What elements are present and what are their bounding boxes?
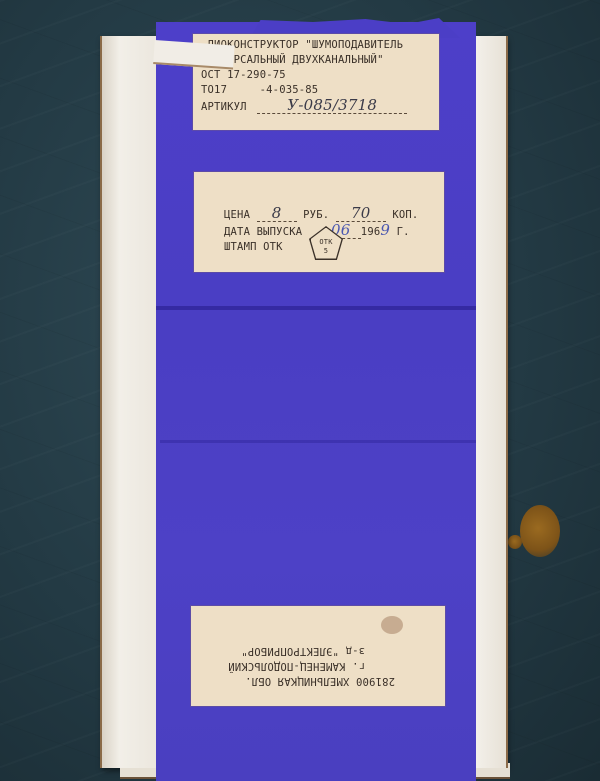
address-line2: г. КАМЕНЕЦ-ПОДОЛЬСКИЙ xyxy=(191,658,395,673)
box-right-side xyxy=(476,36,508,768)
standard-ost: ОСТ 17-290-75 xyxy=(201,68,431,83)
manufacturer-label: 281900 ХМЕЛЬНИЦКАЯ ОБЛ. г. КАМЕНЕЦ-ПОДОЛ… xyxy=(191,606,445,706)
price-label: ЦЕНА 8 РУБ. 70 КОП. ДАТА ВЫПУСКА 061969 … xyxy=(194,172,444,272)
kop-caption: КОП. xyxy=(392,209,418,221)
address-line3: з-д "ЭЛЕКТРОПРИБОР" xyxy=(191,643,395,658)
release-date-caption: ДАТА ВЫПУСКА xyxy=(224,226,302,238)
release-year-prefix: 196 xyxy=(361,226,381,238)
price-kop: 70 xyxy=(336,206,386,222)
article-label: АРТИКУЛ xyxy=(201,101,247,113)
price-rub: 8 xyxy=(257,206,297,222)
stamp-text: ОТК xyxy=(311,238,342,247)
article-row: АРТИКУЛ У-085/3718 xyxy=(201,98,431,115)
to-value: -4-035-85 xyxy=(260,84,319,96)
manufacturer-address: 281900 ХМЕЛЬНИЦКАЯ ОБЛ. г. КАМЕНЕЦ-ПОДОЛ… xyxy=(191,606,445,706)
price-row: ЦЕНА 8 РУБ. 70 КОП. xyxy=(224,206,434,223)
year-caption: Г. xyxy=(397,226,410,238)
to-prefix: ТО17 xyxy=(201,84,227,96)
qc-stamp-caption: ШТАМП ОТК xyxy=(224,241,283,253)
release-year-digit: 9 xyxy=(380,221,390,239)
wrapper-fold xyxy=(156,306,476,310)
address-line1: 281900 ХМЕЛЬНИЦКАЯ ОБЛ. xyxy=(191,673,395,688)
stamp-number: 5 xyxy=(311,247,342,256)
rust-stain-small xyxy=(508,535,522,549)
wrapper-fold xyxy=(160,440,476,443)
product-name-line1: …ДИОКОНСТРУКТОР "ШУМОПОДАВИТЕЛЬ xyxy=(201,38,431,53)
rub-caption: РУБ. xyxy=(303,209,329,221)
box-left-side xyxy=(100,36,160,768)
article-value: У-085/3718 xyxy=(257,98,407,114)
rust-stain xyxy=(520,505,560,557)
product-name-line2: УНИВЕРСАЛЬНЫЙ ДВУХКАНАЛЬНЫЙ" xyxy=(201,53,431,68)
price-caption: ЦЕНА xyxy=(224,209,250,221)
